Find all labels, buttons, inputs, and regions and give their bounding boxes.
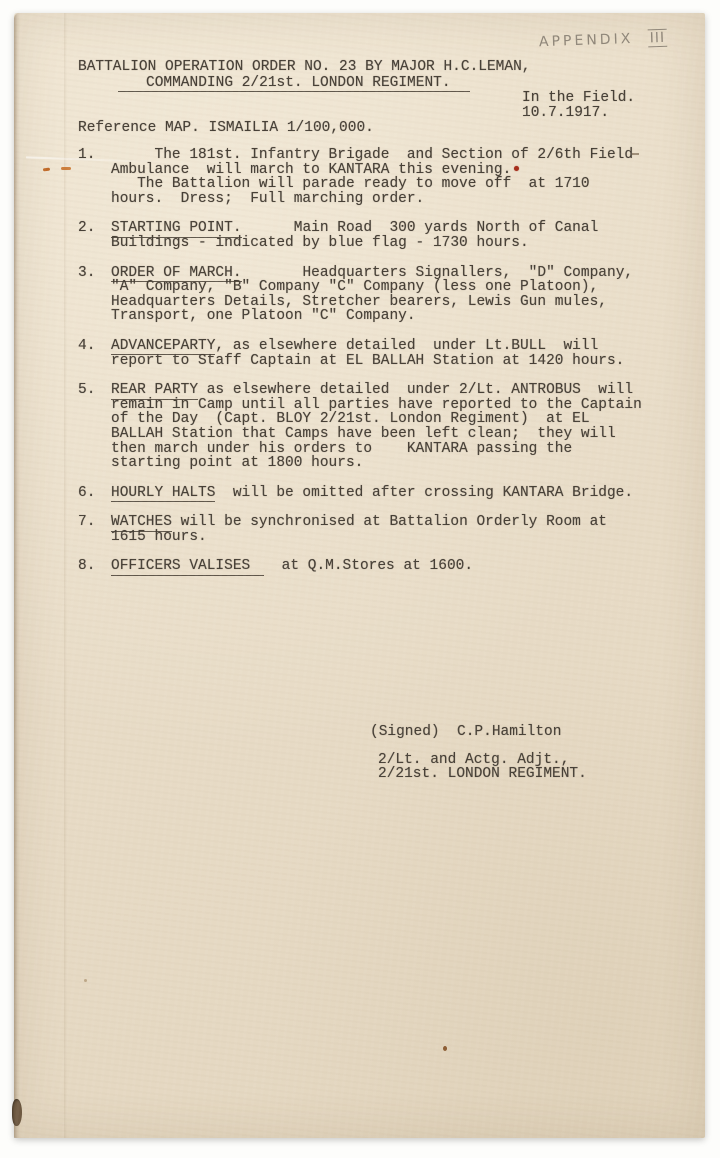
title-line-2: COMMANDING 2/21st. LONDON REGIMENT. bbox=[118, 76, 530, 91]
red-ink-blot bbox=[514, 166, 519, 171]
order-item-5: 5. REAR PARTY as elsewhere detailed unde… bbox=[78, 383, 687, 471]
item-5-line-4: BALLAH Station that Camps have been left… bbox=[111, 427, 687, 442]
item-1-line-4: hours. Dress; Full marching order. bbox=[111, 192, 687, 207]
item-4-line-2: report to Staff Captain at EL BALLAH Sta… bbox=[111, 354, 687, 369]
brown-speck bbox=[443, 1046, 447, 1051]
item-number: 1. bbox=[78, 148, 111, 206]
place-line: In the Field. bbox=[522, 91, 635, 106]
item-3-line-4: Transport, one Platoon "C" Company. bbox=[111, 309, 687, 324]
order-item-2: 2. STARTING POINT. Main Road 300 yards N… bbox=[78, 221, 687, 250]
item-number: 8. bbox=[78, 559, 111, 574]
item-5-line-1: REAR PARTY as elsewhere detailed under 2… bbox=[111, 383, 687, 398]
item-number: 3. bbox=[78, 266, 111, 324]
item-1-line-3: The Battalion will parade ready to move … bbox=[111, 177, 687, 192]
item-6-heading: HOURLY HALTS bbox=[111, 485, 215, 503]
item-3-line-2: "A" Company, "B" Company "C" Company (le… bbox=[111, 280, 687, 295]
signature-block: (Signed) C.P.Hamilton 2/Lt. and Actg. Ad… bbox=[370, 725, 587, 782]
item-5-line-6: starting point at 1800 hours. bbox=[111, 456, 687, 471]
page-left-edge-shadow bbox=[14, 13, 20, 1138]
item-8-line-1: OFFICERS VALISES at Q.M.Stores at 1600. bbox=[111, 559, 687, 574]
order-items: 1. The 181st. Infantry Brigade and Secti… bbox=[78, 148, 687, 574]
item-7-line-1-text: will be synchronised at Battalion Orderl… bbox=[172, 514, 607, 530]
item-6-line-1: HOURLY HALTS will be omitted after cross… bbox=[111, 486, 687, 501]
item-8-heading: OFFICERS VALISES bbox=[111, 558, 264, 576]
document-page: APPENDIX III BATTALION OPERATION ORDER N… bbox=[14, 13, 705, 1138]
item-2-line-1: STARTING POINT. Main Road 300 yards Nort… bbox=[111, 221, 687, 236]
order-item-6: 6. HOURLY HALTS will be omitted after cr… bbox=[78, 486, 687, 501]
title-line-2-text: COMMANDING 2/21st. LONDON REGIMENT. bbox=[118, 75, 470, 93]
signature-role: 2/Lt. and Actg. Adjt., 2/21st. LONDON RE… bbox=[378, 753, 587, 782]
faint-speck bbox=[84, 979, 87, 982]
item-5-line-1-text: as elsewhere detailed under 2/Lt. ANTROB… bbox=[198, 382, 633, 398]
appendix-roman-numeral: III bbox=[647, 29, 667, 48]
item-number: 7. bbox=[78, 515, 111, 544]
title-line-1: BATTALION OPERATION ORDER NO. 23 BY MAJO… bbox=[78, 60, 530, 75]
item-1-line-2: Ambulance will march to KANTARA this eve… bbox=[111, 163, 687, 178]
item-number: 4. bbox=[78, 339, 111, 368]
dateline: In the Field. 10.7.1917. bbox=[522, 91, 635, 120]
order-item-4: 4. ADVANCEPARTY, as elsewhere detailed u… bbox=[78, 339, 687, 368]
item-6-line-1-text: will be omitted after crossing KANTARA B… bbox=[215, 485, 633, 501]
order-item-1: 1. The 181st. Infantry Brigade and Secti… bbox=[78, 148, 687, 206]
item-number: 5. bbox=[78, 383, 111, 471]
order-item-8: 8. OFFICERS VALISES at Q.M.Stores at 160… bbox=[78, 559, 687, 574]
appendix-word: APPENDIX bbox=[539, 31, 634, 50]
item-7-line-1: WATCHES will be synchronised at Battalio… bbox=[111, 515, 687, 530]
item-1-line-1: The 181st. Infantry Brigade and Section … bbox=[111, 148, 687, 163]
item-text: WATCHES will be synchronised at Battalio… bbox=[111, 515, 687, 544]
order-item-3: 3. ORDER OF MARCH. Headquarters Signalle… bbox=[78, 266, 687, 324]
title-block: BATTALION OPERATION ORDER NO. 23 BY MAJO… bbox=[78, 60, 530, 90]
item-text: OFFICERS VALISES at Q.M.Stores at 1600. bbox=[111, 559, 687, 574]
item-2-line-1-text: Main Road 300 yards North of Canal bbox=[242, 220, 599, 236]
date-line: 10.7.1917. bbox=[522, 106, 635, 121]
order-item-7: 7. WATCHES will be synchronised at Batta… bbox=[78, 515, 687, 544]
item-5-line-5: then march under his orders to KANTARA p… bbox=[111, 442, 687, 457]
item-text: REAR PARTY as elsewhere detailed under 2… bbox=[111, 383, 687, 471]
vertical-crease bbox=[64, 13, 67, 1138]
item-8-line-1-text: at Q.M.Stores at 1600. bbox=[264, 558, 473, 574]
item-4-line-1-text: , as elsewhere detailed under Lt.BULL wi… bbox=[215, 338, 598, 354]
role-line-2: 2/21st. LONDON REGIMENT. bbox=[378, 767, 587, 782]
signed-line: (Signed) C.P.Hamilton bbox=[370, 725, 587, 740]
item-3-line-1: ORDER OF MARCH. Headquarters Signallers,… bbox=[111, 266, 687, 281]
item-text: HOURLY HALTS will be omitted after cross… bbox=[111, 486, 687, 501]
item-5-line-3: of the Day (Capt. BLOY 2/21st. London Re… bbox=[111, 412, 687, 427]
item-text: ADVANCEPARTY, as elsewhere detailed unde… bbox=[111, 339, 687, 368]
item-number: 6. bbox=[78, 486, 111, 501]
item-text: The 181st. Infantry Brigade and Section … bbox=[111, 148, 687, 206]
handwritten-appendix-note: APPENDIX III bbox=[539, 30, 668, 50]
item-4-line-1: ADVANCEPARTY, as elsewhere detailed unde… bbox=[111, 339, 687, 354]
orange-stain bbox=[43, 168, 50, 172]
item-7-line-2: 1615 hours. bbox=[111, 530, 687, 545]
role-line-1: 2/Lt. and Actg. Adjt., bbox=[378, 753, 587, 768]
item-number: 2. bbox=[78, 221, 111, 250]
item-text: ORDER OF MARCH. Headquarters Signallers,… bbox=[111, 266, 687, 324]
map-reference: Reference MAP. ISMAILIA 1/100,000. bbox=[78, 121, 374, 136]
item-text: STARTING POINT. Main Road 300 yards Nort… bbox=[111, 221, 687, 250]
item-2-line-2: Buildings - indicated by blue flag - 173… bbox=[111, 236, 687, 251]
